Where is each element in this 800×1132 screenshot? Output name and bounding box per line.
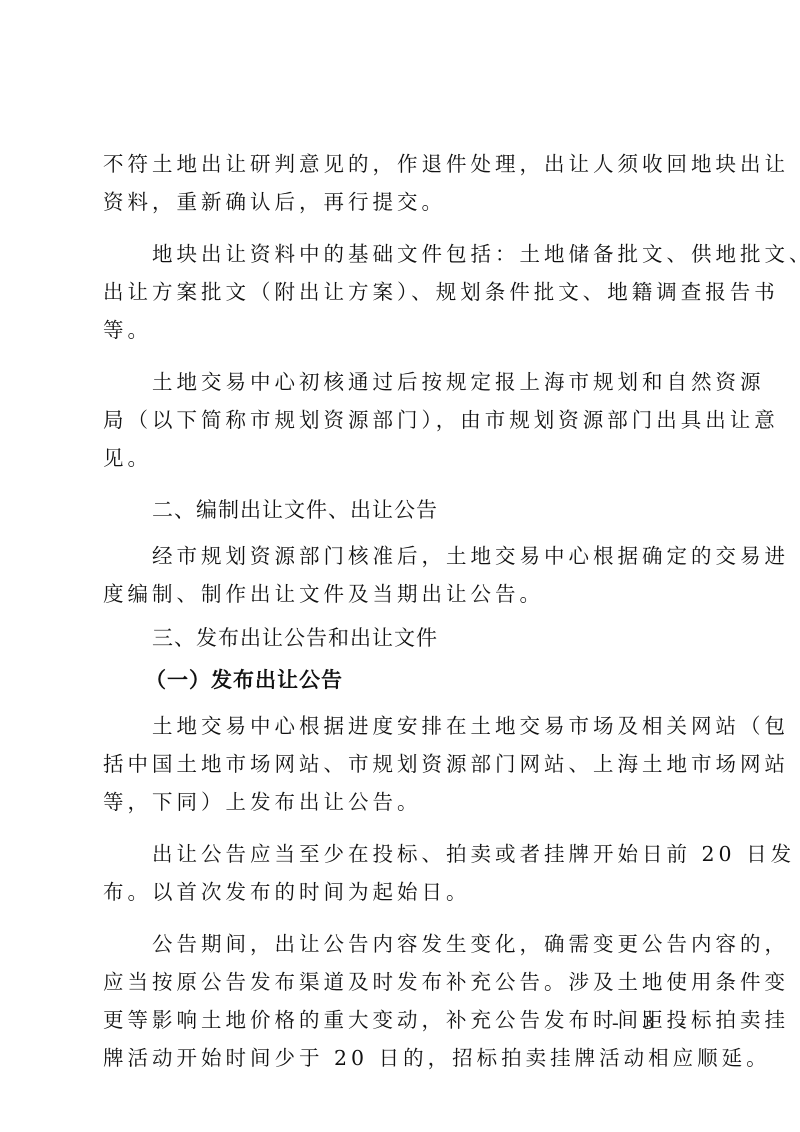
paragraph-line: 不符土地出让研判意见的，作退件处理，出让人须收回地块出让: [103, 145, 789, 183]
paragraph-line: 等。: [103, 311, 152, 349]
paragraph-line: 牌活动开始时间少于 20 日的，招标拍卖挂牌活动相应顺延。: [103, 1039, 771, 1077]
paragraph-line: 布。以首次发布的时间为起始日。: [103, 873, 471, 911]
paragraph-line: 公告期间，出让公告内容发生变化，确需变更公告内容的，: [152, 925, 789, 963]
section-heading: 三、发布出让公告和出让文件: [152, 619, 438, 657]
paragraph-line: 经市规划资源部门核准后，土地交易中心根据确定的交易进: [152, 537, 789, 575]
paragraph-line: 出让公告应当至少在投标、拍卖或者挂牌开始日前 20 日发: [152, 835, 795, 873]
page-number: - 3 -: [612, 1012, 695, 1035]
paragraph-line: 土地交易中心初核通过后按规定报上海市规划和自然资源: [152, 363, 765, 401]
paragraph-line: 等，下同）上发布出让公告。: [103, 783, 422, 821]
paragraph-line: 括中国土地市场网站、市规划资源部门网站、上海土地市场网站: [103, 745, 789, 783]
paragraph-line: 地块出让资料中的基础文件包括：土地储备批文、供地批文、: [152, 235, 800, 273]
paragraph-line: 应当按原公告发布渠道及时发布补充公告。涉及土地使用条件变: [103, 963, 789, 1001]
paragraph-line: 资料，重新确认后，再行提交。: [103, 183, 446, 221]
subsection-heading: （一）发布出让公告: [145, 661, 343, 699]
paragraph-line: 度编制、制作出让文件及当期出让公告。: [103, 575, 544, 613]
section-heading: 二、编制出让文件、出让公告: [152, 491, 438, 529]
paragraph-line: 出让方案批文（附出让方案）、规划条件批文、地籍调查报告书: [103, 273, 779, 311]
paragraph-line: 局（以下简称市规划资源部门），由市规划资源部门出具出让意: [103, 401, 779, 439]
paragraph-line: 见。: [103, 439, 152, 477]
paragraph-line: 土地交易中心根据进度安排在土地交易市场及相关网站（包: [152, 707, 789, 745]
